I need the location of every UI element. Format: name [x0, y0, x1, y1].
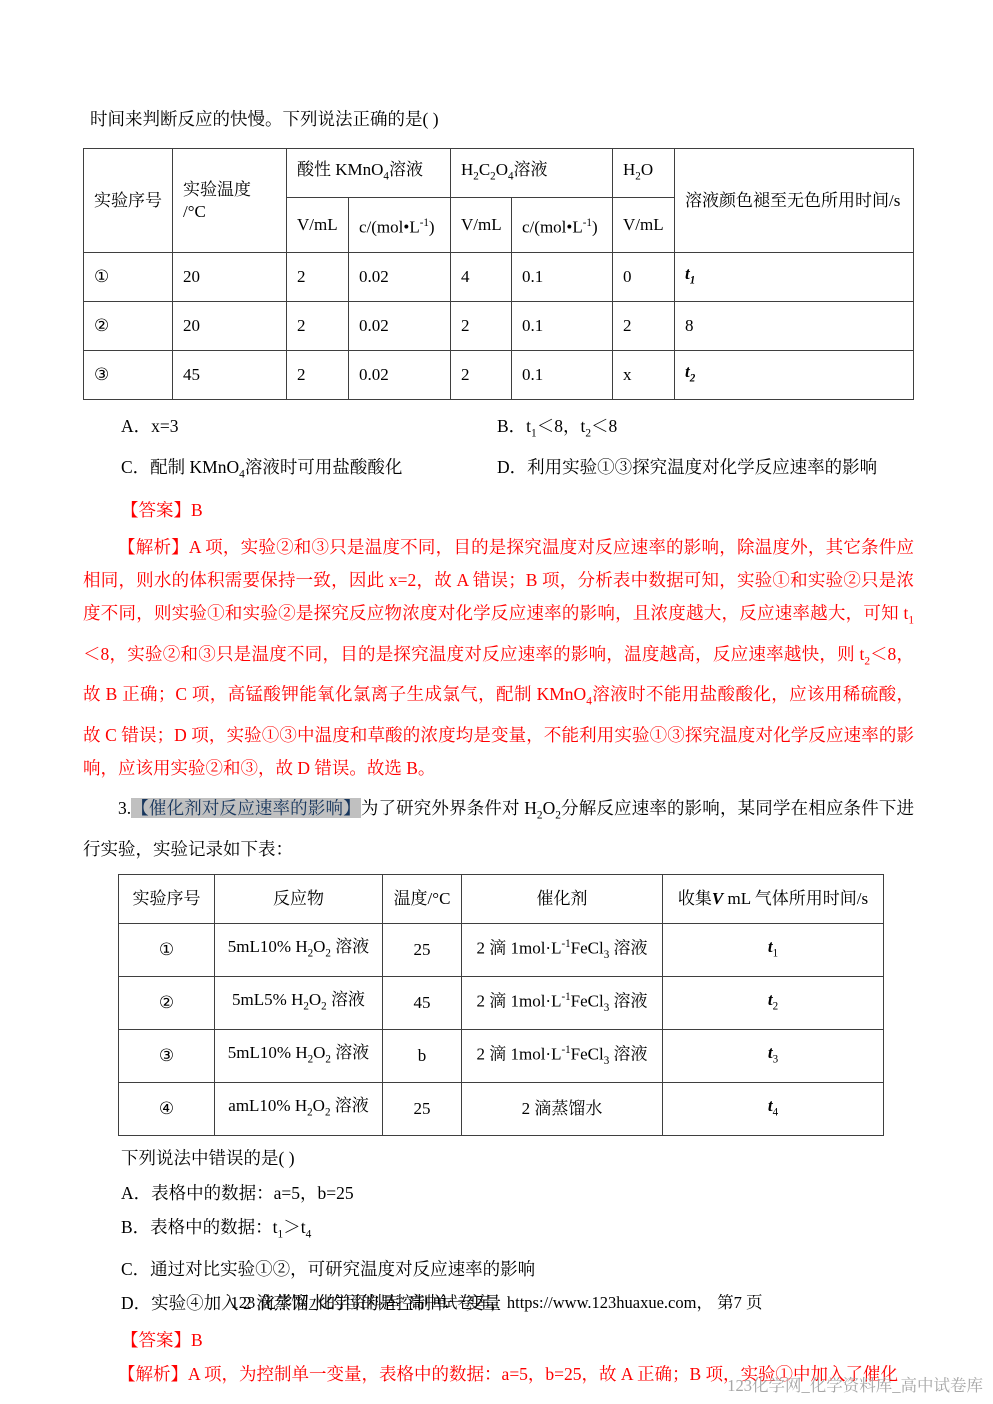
table-cell: 0.02	[349, 351, 451, 400]
table-cell: t4	[663, 1083, 884, 1136]
t1-header-exp-no: 实验序号	[84, 149, 173, 253]
table-row: ③ 45 2 0.02 2 0.1 x t2	[84, 351, 914, 400]
table-cell: t1	[675, 253, 914, 302]
table-cell: amL10% H2O2 溶液	[215, 1083, 383, 1136]
table-row: ② 20 2 0.02 2 0.1 2 8	[84, 302, 914, 351]
t1-header-h2o-group: H2O	[613, 149, 675, 198]
table-cell: 0.1	[512, 351, 613, 400]
question3-stem: 下列说法中错误的是( )	[121, 1146, 914, 1170]
question2-answer: 【答案】B	[121, 494, 914, 527]
t1-subheader-vml-2: V/mL	[451, 198, 512, 253]
question2-option-c: C．配制 KMnO4溶液时可用盐酸酸化	[121, 451, 497, 492]
table-cell: 0.1	[512, 302, 613, 351]
table-cell: 5mL10% H2O2 溶液	[215, 1030, 383, 1083]
table-cell: 25	[383, 924, 462, 977]
table-row: ① 5mL10% H2O2 溶液 25 2 滴 1mol·L-1FeCl3 溶液…	[119, 924, 884, 977]
table-cell: 0.02	[349, 302, 451, 351]
t1-subheader-vml-3: V/mL	[613, 198, 675, 253]
table-cell: 2	[287, 302, 349, 351]
table-cell: ④	[119, 1083, 215, 1136]
question3-answer: 【答案】B	[121, 1328, 914, 1352]
table-cell: 2 滴 1mol·L-1FeCl3 溶液	[462, 977, 663, 1030]
table-cell: t1	[663, 924, 884, 977]
table-cell: 2 滴蒸馏水	[462, 1083, 663, 1136]
table-cell: b	[383, 1030, 462, 1083]
question3-option-a: A．表格中的数据：a=5，b=25	[121, 1176, 914, 1210]
t2-header-time: 收集V mL 气体所用时间/s	[663, 875, 884, 924]
table-cell: 2	[287, 351, 349, 400]
table-cell: 2	[451, 302, 512, 351]
table-cell: 2 滴 1mol·L-1FeCl3 溶液	[462, 924, 663, 977]
t1-subheader-c-1: c/(mol•L-1)	[349, 198, 451, 253]
question3-option-b: B．表格中的数据：t1＞t4	[121, 1210, 914, 1252]
table-row: ① 20 2 0.02 4 0.1 0 t1	[84, 253, 914, 302]
question2-option-b: B．t1＜8，t2＜8	[497, 410, 914, 451]
table-cell: ①	[84, 253, 173, 302]
t2-header-catalyst: 催化剂	[462, 875, 663, 924]
table-cell: 4	[451, 253, 512, 302]
question3-topic-tag: 【催化剂对反应速率的影响】	[131, 798, 361, 818]
question3-data-table: 实验序号 反应物 温度/°C 催化剂 收集V mL 气体所用时间/s ① 5mL…	[118, 874, 884, 1136]
question2-options: A．x=3 B．t1＜8，t2＜8 C．配制 KMnO4溶液时可用盐酸酸化 D．…	[121, 410, 914, 491]
question3-option-c: C．通过对比实验①②，可研究温度对反应速率的影响	[121, 1252, 914, 1286]
table-row: ④ amL10% H2O2 溶液 25 2 滴蒸馏水 t4	[119, 1083, 884, 1136]
table-cell: t3	[663, 1030, 884, 1083]
table-cell: ③	[84, 351, 173, 400]
table-cell: 0.02	[349, 253, 451, 302]
t1-header-temp: 实验温度 /°C	[173, 149, 287, 253]
table-cell: 5mL5% H2O2 溶液	[215, 977, 383, 1030]
page-footer: 123 化学网_化学资料库_高中试卷库，https://www.123huaxu…	[0, 1292, 993, 1314]
question2-stem: 时间来判断反应的快慢。下列说法正确的是( )	[83, 107, 914, 131]
table-cell: 8	[675, 302, 914, 351]
table-cell: 25	[383, 1083, 462, 1136]
question3-intro: 3.【催化剂对反应速率的影响】为了研究外界条件对 H2O2分解反应速率的影响，某…	[83, 791, 914, 867]
table-row: ③ 5mL10% H2O2 溶液 b 2 滴 1mol·L-1FeCl3 溶液 …	[119, 1030, 884, 1083]
table-cell: 20	[173, 302, 287, 351]
site-watermark: 123化学网_化学资料库_高中试卷库	[727, 1372, 983, 1396]
question2-analysis: 【解析】A 项，实验②和③只是温度不同，目的是探究温度对反应速率的影响，除温度外…	[83, 531, 914, 785]
question3-number: 3.	[118, 798, 131, 818]
t1-subheader-c-2: c/(mol•L-1)	[512, 198, 613, 253]
table-cell: 0.1	[512, 253, 613, 302]
page-content: 时间来判断反应的快慢。下列说法正确的是( ) 实验序号 实验温度 /°C 酸性 …	[83, 107, 914, 1386]
table-cell: ③	[119, 1030, 215, 1083]
table-cell: 0	[613, 253, 675, 302]
question2-option-a: A．x=3	[121, 410, 497, 451]
table-cell: 2	[613, 302, 675, 351]
table-row: ② 5mL5% H2O2 溶液 45 2 滴 1mol·L-1FeCl3 溶液 …	[119, 977, 884, 1030]
table-cell: t2	[663, 977, 884, 1030]
table-cell: 45	[383, 977, 462, 1030]
t1-header-temp-label: 实验温度	[183, 180, 251, 199]
t1-subheader-vml-1: V/mL	[287, 198, 349, 253]
table-cell: 45	[173, 351, 287, 400]
table-cell: ①	[119, 924, 215, 977]
t2-header-reactant: 反应物	[215, 875, 383, 924]
table-cell: 20	[173, 253, 287, 302]
t1-header-h2c2o4-group: H2C2O4溶液	[451, 149, 613, 198]
t1-header-time: 溶液颜色褪至无色所用时间/s	[675, 149, 914, 253]
t2-header-exp-no: 实验序号	[119, 875, 215, 924]
table-cell: ②	[119, 977, 215, 1030]
question2-data-table: 实验序号 实验温度 /°C 酸性 KMnO4溶液 H2C2O4溶液 H2O 溶液…	[83, 148, 914, 400]
table-cell: 2	[451, 351, 512, 400]
t1-header-kmno4-group: 酸性 KMnO4溶液	[287, 149, 451, 198]
table-cell: 2 滴 1mol·L-1FeCl3 溶液	[462, 1030, 663, 1083]
table-cell: t2	[675, 351, 914, 400]
table-cell: 5mL10% H2O2 溶液	[215, 924, 383, 977]
t1-header-temp-unit: /°C	[183, 202, 206, 221]
table-cell: ②	[84, 302, 173, 351]
t2-header-temp: 温度/°C	[383, 875, 462, 924]
table-cell: 2	[287, 253, 349, 302]
question2-option-d: D．利用实验①③探究温度对化学反应速率的影响	[497, 451, 914, 492]
document-page: 时间来判断反应的快慢。下列说法正确的是( ) 实验序号 实验温度 /°C 酸性 …	[0, 0, 993, 1404]
table-cell: x	[613, 351, 675, 400]
